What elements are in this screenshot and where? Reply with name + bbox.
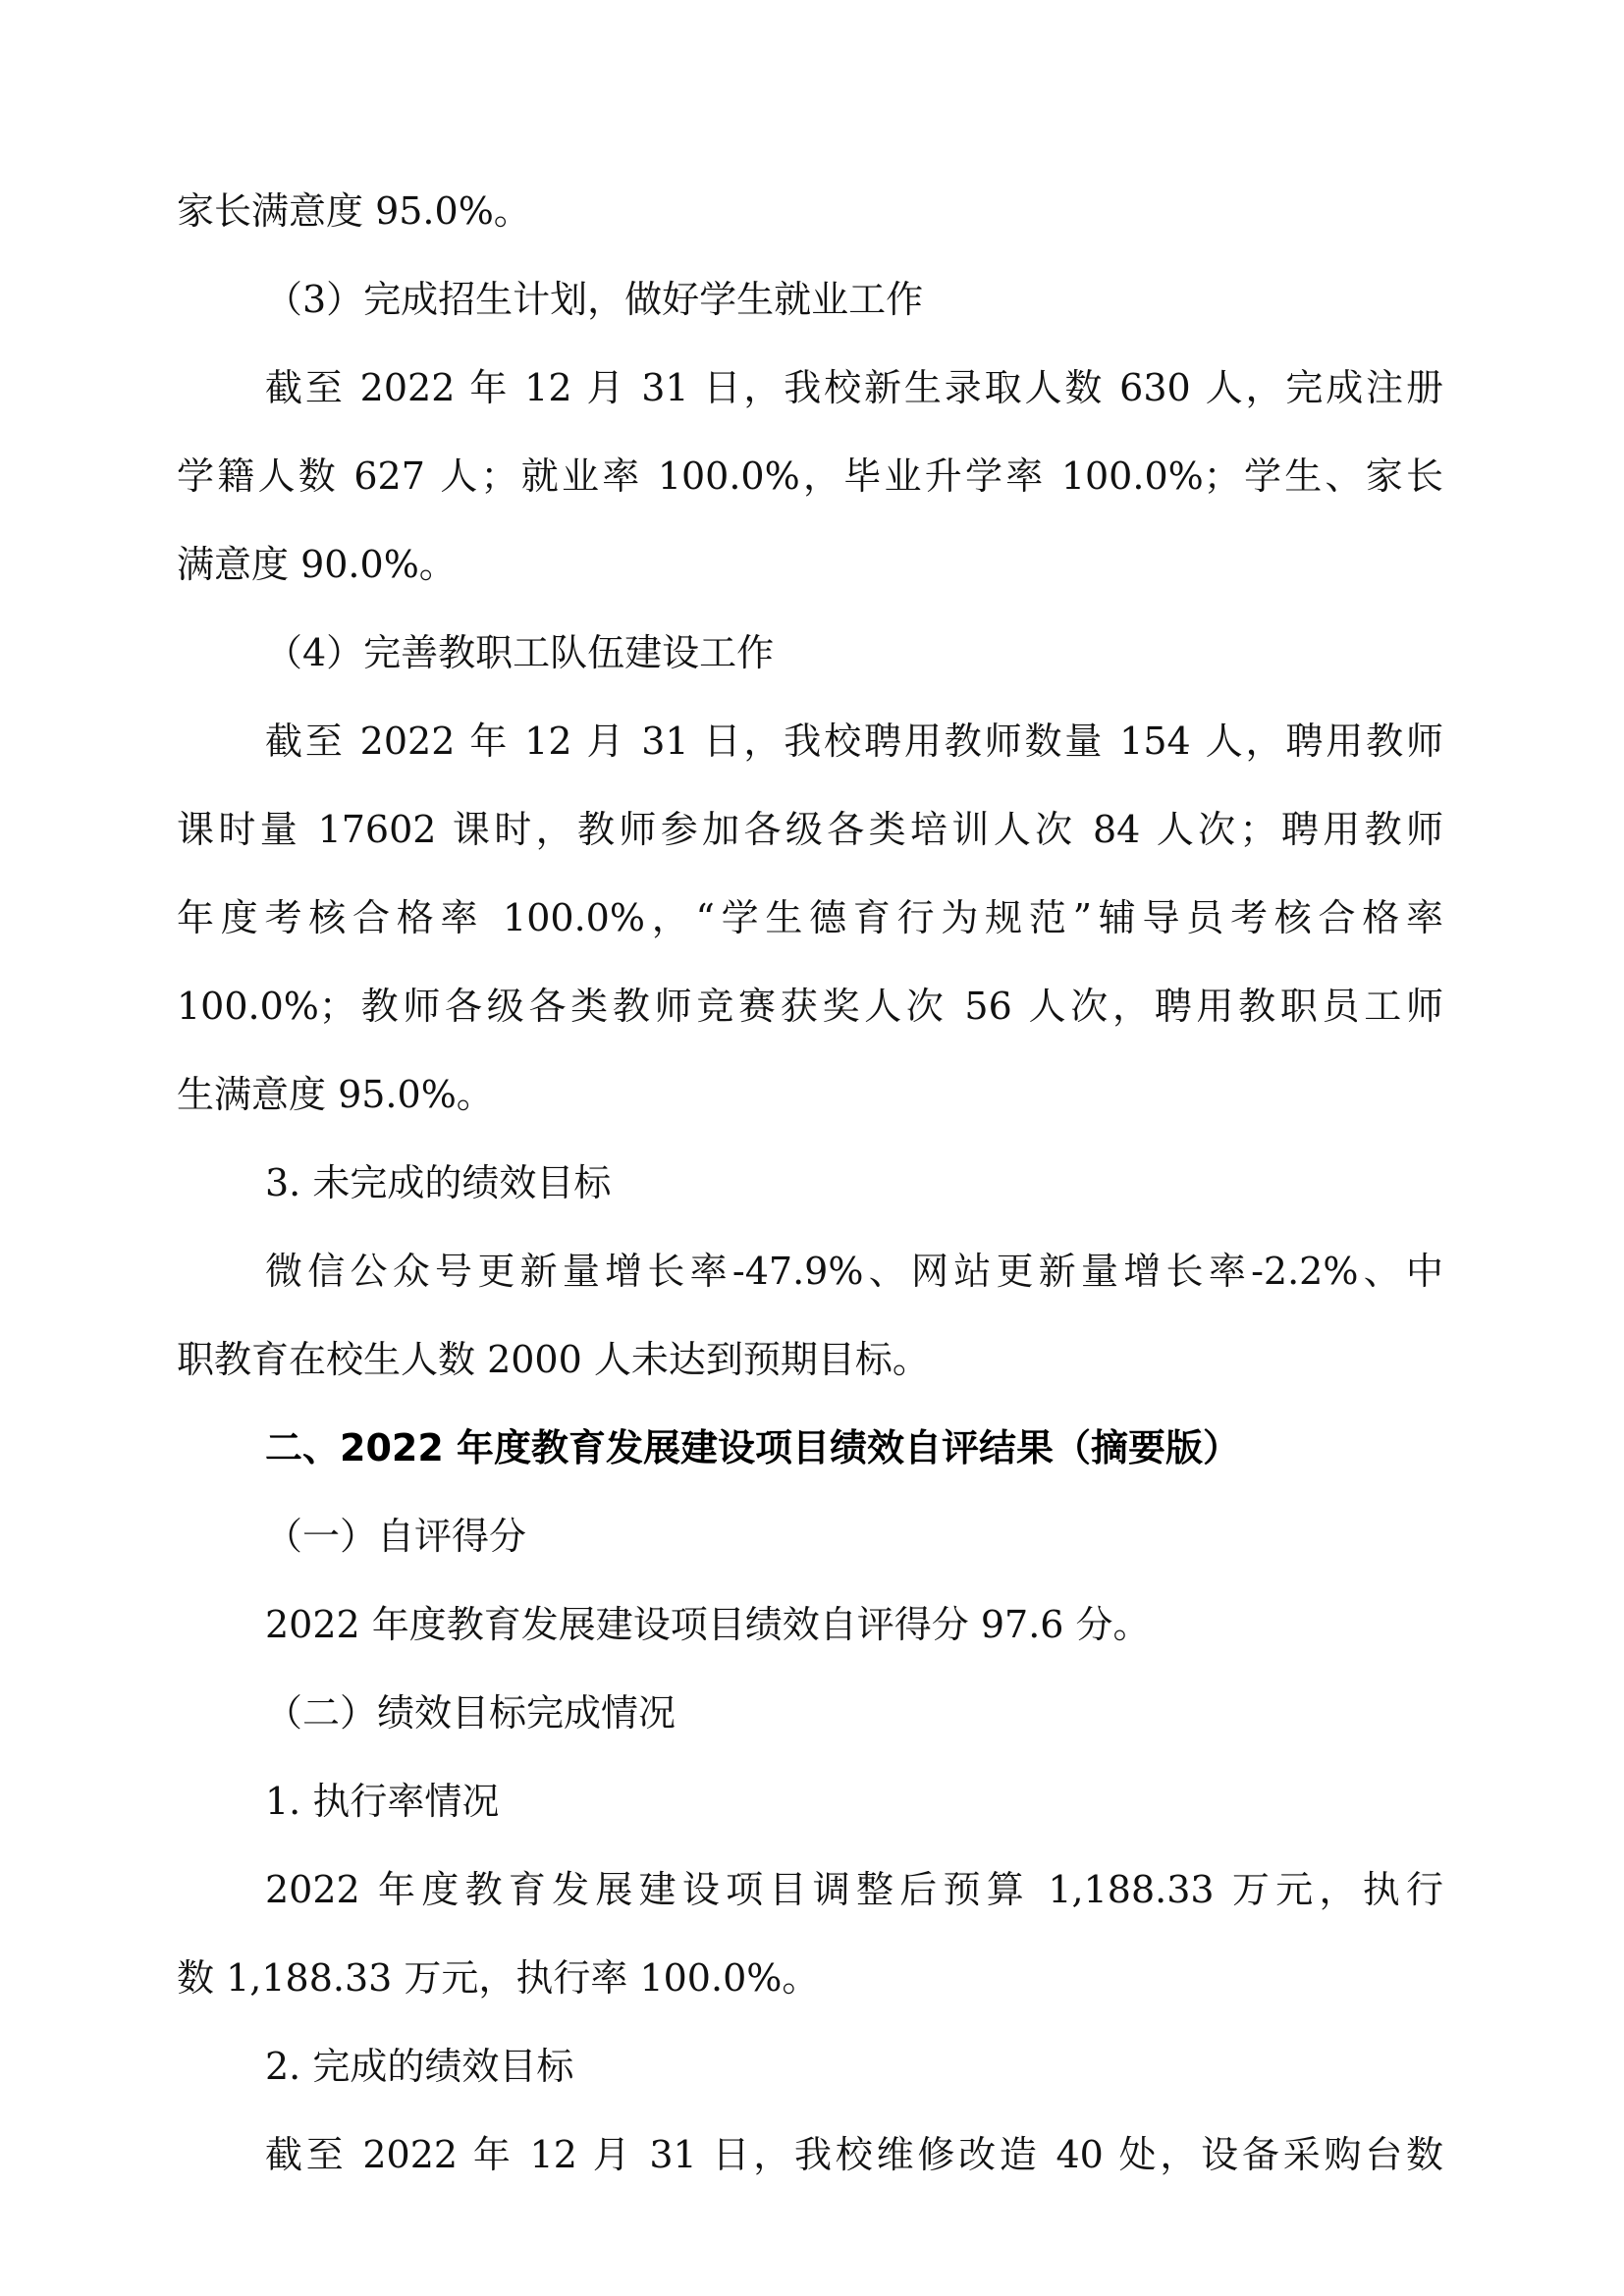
paragraph-line-enrollment-2: 学籍人数 627 人；就业率 100.0%，毕业升学率 100.0%；学生、家长 [177, 447, 1443, 506]
paragraph-line-parent-satisfaction: 家长满意度 95.0%。 [177, 182, 1443, 240]
subheading-enrollment-plan: （3）完成招生计划，做好学生就业工作 [265, 270, 1443, 329]
paragraph-line-staff-3: 年度考核合格率 100.0%，“学生德育行为规范”辅导员考核合格率 [177, 888, 1443, 947]
paragraph-line-budget-2: 数 1,188.33 万元，执行率 100.0%。 [177, 1949, 1443, 2007]
paragraph-line-staff-2: 课时量 17602 课时，教师参加各级各类培训人次 84 人次；聘用教师 [177, 800, 1443, 859]
section-heading-2022-self-evaluation: 二、2022 年度教育发展建设项目绩效自评结果（摘要版） [265, 1418, 1443, 1477]
paragraph-line-staff-1: 截至 2022 年 12 月 31 日，我校聘用教师数量 154 人，聘用教师 [265, 712, 1443, 771]
document-page: 家长满意度 95.0%。 （3）完成招生计划，做好学生就业工作 截至 2022 … [0, 0, 1624, 2296]
subheading-target-completion: （二）绩效目标完成情况 [265, 1683, 1443, 1742]
paragraph-line-self-score: 2022 年度教育发展建设项目绩效自评得分 97.6 分。 [265, 1595, 1443, 1654]
subheading-self-score: （一）自评得分 [265, 1507, 1443, 1566]
subheading-unmet-targets: 3. 未完成的绩效目标 [265, 1153, 1443, 1212]
paragraph-line-enrollment-1: 截至 2022 年 12 月 31 日，我校新生录取人数 630 人，完成注册 [265, 358, 1443, 417]
subheading-completed-targets: 2. 完成的绩效目标 [265, 2037, 1443, 2096]
paragraph-line-completed-1: 截至 2022 年 12 月 31 日，我校维修改造 40 处，设备采购台数 [265, 2125, 1443, 2184]
paragraph-line-budget-1: 2022 年度教育发展建设项目调整后预算 1,188.33 万元，执行 [265, 1860, 1443, 1919]
paragraph-line-unmet-1: 微信公众号更新量增长率-47.9%、网站更新量增长率-2.2%、中 [265, 1242, 1443, 1301]
paragraph-line-staff-4: 100.0%；教师各级各类教师竞赛获奖人次 56 人次，聘用教职员工师 [177, 977, 1443, 1036]
paragraph-line-unmet-2: 职教育在校生人数 2000 人未达到预期目标。 [177, 1330, 1443, 1389]
subheading-execution-rate: 1. 执行率情况 [265, 1772, 1443, 1831]
paragraph-line-enrollment-3: 满意度 90.0%。 [177, 535, 1443, 594]
subheading-staff-building: （4）完善教职工队伍建设工作 [265, 623, 1443, 682]
paragraph-line-staff-5: 生满意度 95.0%。 [177, 1065, 1443, 1124]
